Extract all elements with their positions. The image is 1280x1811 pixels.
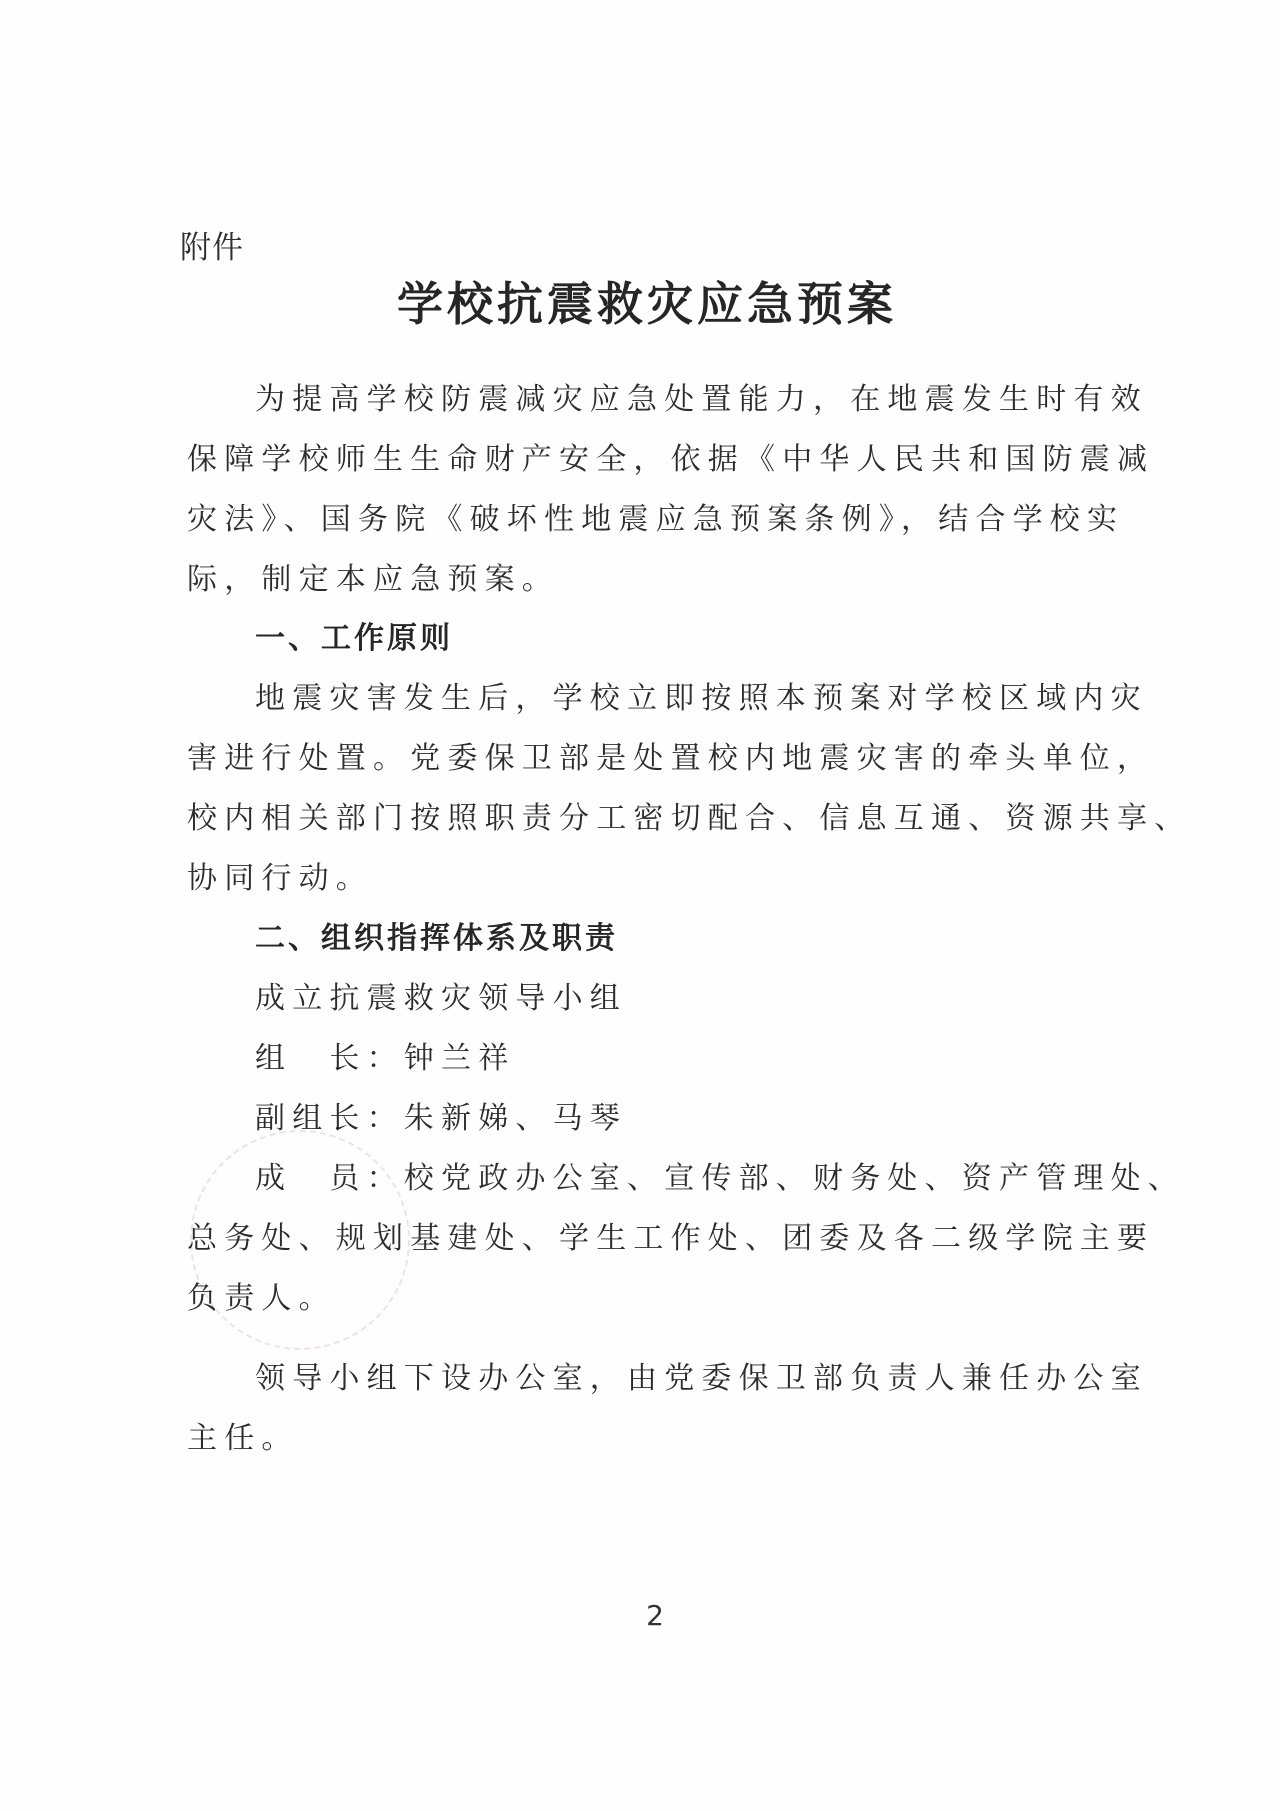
paragraph-line: 负责人。 — [187, 1279, 1117, 1319]
paragraph-line: 害进行处置。党委保卫部是处置校内地震灾害的牵头单位， — [187, 739, 1117, 779]
paragraph-line: 领导小组下设办公室，由党委保卫部负责人兼任办公室 — [255, 1359, 1185, 1399]
paragraph-line: 灾法》、国务院《破坏性地震应急预案条例》，结合学校实 — [187, 500, 1117, 540]
document-page: 附件 学校抗震救灾应急预案 为提高学校防震减灾应急处置能力，在地震发生时有效 保… — [0, 0, 1280, 1811]
members-line: 成 员：校党政办公室、宣传部、财务处、资产管理处、 — [255, 1159, 1185, 1199]
section-heading-organization: 二、组织指挥体系及职责 — [255, 919, 1185, 959]
document-title: 学校抗震救灾应急预案 — [0, 274, 1280, 334]
section-heading-work-principles: 一、工作原则 — [255, 619, 1185, 659]
leader-line: 组 长：钟兰祥 — [255, 1039, 1185, 1079]
paragraph-line: 总务处、规划基建处、学生工作处、团委及各二级学院主要 — [187, 1219, 1117, 1259]
paragraph-line: 校内相关部门按照职责分工密切配合、信息互通、资源共享、 — [187, 799, 1117, 839]
deputy-leader-line: 副组长：朱新娣、马琴 — [255, 1099, 1185, 1139]
page-number: 2 — [0, 1598, 1280, 1634]
paragraph-line: 协同行动。 — [187, 859, 1117, 899]
paragraph-line: 为提高学校防震减灾应急处置能力，在地震发生时有效 — [255, 380, 1185, 420]
paragraph-line: 成立抗震救灾领导小组 — [255, 979, 1185, 1019]
paragraph-line: 际，制定本应急预案。 — [187, 560, 1117, 600]
attachment-label: 附件 — [180, 228, 244, 268]
paragraph-line: 主任。 — [187, 1419, 1117, 1459]
paragraph-line: 地震灾害发生后，学校立即按照本预案对学校区域内灾 — [255, 679, 1185, 719]
paragraph-line: 保障学校师生生命财产安全，依据《中华人民共和国防震减 — [187, 440, 1117, 480]
